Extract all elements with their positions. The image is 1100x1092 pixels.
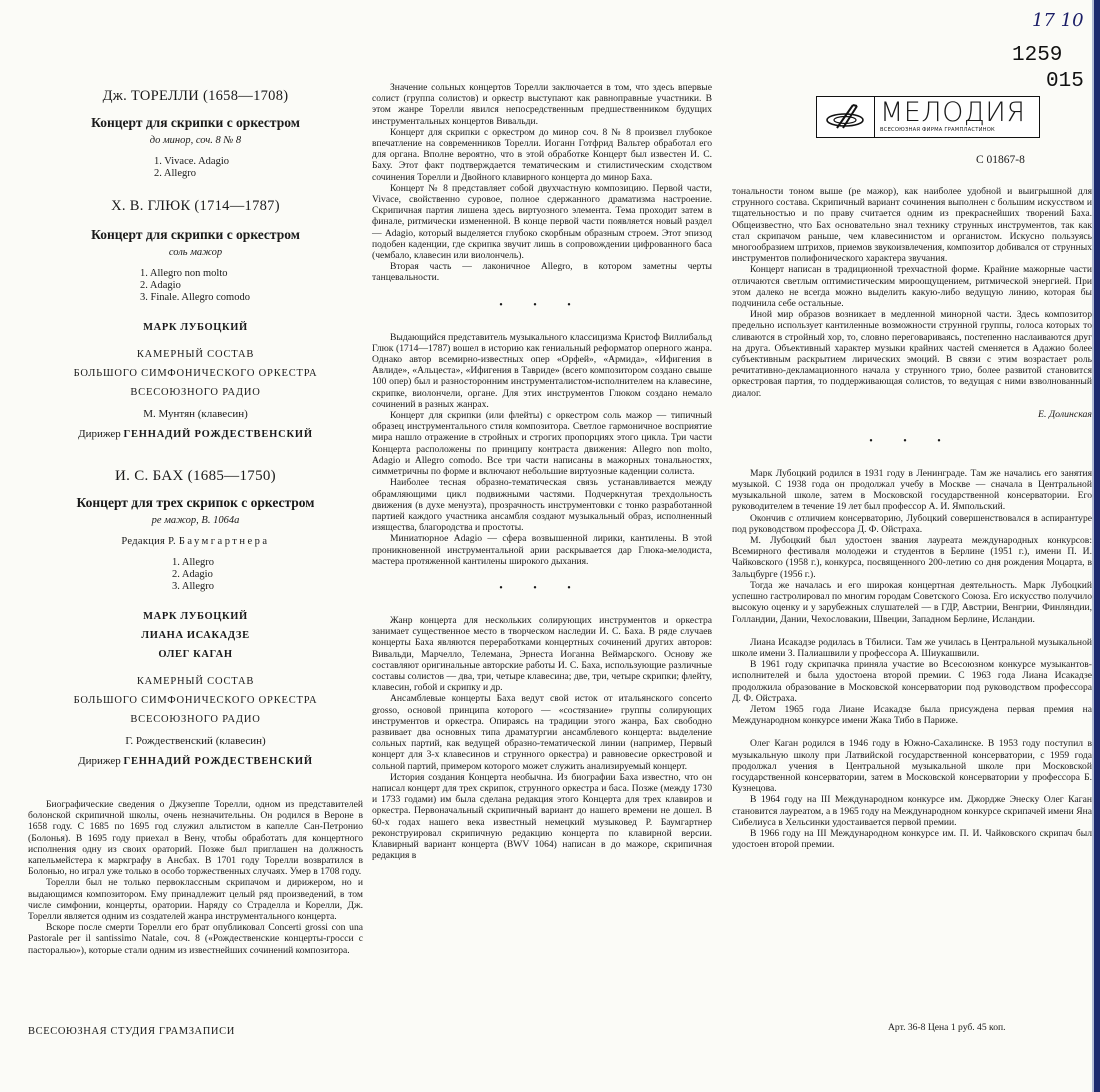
work-title: Концерт для трех скрипок с оркестром	[28, 495, 363, 511]
paragraph: В 1964 году на III Международном конкурс…	[732, 794, 1092, 828]
movement: 1. Allegro non molto	[140, 268, 363, 280]
editor-prefix: Редакция Р.	[121, 536, 175, 547]
paragraph: Вторая часть — лаконичное Allegro, в кот…	[372, 261, 712, 283]
price-label: Арт. 36-8 Цена 1 руб. 45 коп.	[888, 1022, 1006, 1033]
notes-column-right: тональности тоном выше (ре мажор), как н…	[732, 186, 1092, 850]
record-number: С 01867-8	[976, 154, 1025, 166]
melodiya-logo: МЕЛОДИЯ ВСЕСОЮЗНАЯ ФИРМА ГРАМПЛАСТИНОК	[816, 96, 1040, 138]
work-title: Концерт для скрипки с оркестром	[28, 115, 363, 131]
paragraph: Концерт для скрипки (или флейты) с оркес…	[372, 410, 712, 477]
orchestra-line: БОЛЬШОГО СИМФОНИЧЕСКОГО ОРКЕСТРА	[28, 364, 363, 383]
paragraph: Концерт для скрипки с оркестром до минор…	[372, 127, 712, 183]
paragraph: История создания Концерта необычна. Из б…	[372, 772, 712, 862]
section-separator: • • •	[732, 438, 1092, 446]
paragraph: Летом 1965 года Лиане Исакадзе была прис…	[732, 704, 1092, 726]
paragraph: М. Лубоцкий был удостоен звания лауреата…	[732, 535, 1092, 580]
movement-list: 1. Vivace. Adagio 2. Allegro	[154, 156, 363, 180]
movement: 1. Vivace. Adagio	[154, 156, 363, 168]
editor-credit: Редакция Р. Баумгартнера	[28, 536, 363, 547]
movement-list: 1. Allegro 2. Adagio 3. Allegro	[172, 557, 363, 593]
harpsichordist: Г. Рождественский (клавесин)	[28, 735, 363, 747]
paragraph: Биографические сведения о Джузеппе Торел…	[28, 799, 363, 877]
conductor-name: ГЕННАДИЙ РОЖДЕСТВЕНСКИЙ	[124, 756, 313, 767]
harpsichordist: М. Мунтян (клавесин)	[28, 408, 363, 420]
movement-list: 1. Allegro non molto 2. Adagio 3. Finale…	[140, 268, 363, 304]
stamp-number-line1: 1259	[1012, 44, 1062, 67]
orchestra-name: КАМЕРНЫЙ СОСТАВ БОЛЬШОГО СИМФОНИЧЕСКОГО …	[28, 672, 363, 729]
paragraph: Наиболее тесная образно-тематическая свя…	[372, 477, 712, 533]
paragraph: Концерт № 8 представляет собой двухчастн…	[372, 183, 712, 261]
paragraph: В 1966 году на III Международном конкурс…	[732, 828, 1092, 850]
movement: 3. Allegro	[172, 581, 363, 593]
movement: 1. Allegro	[172, 557, 363, 569]
orchestra-line: КАМЕРНЫЙ СОСТАВ	[28, 672, 363, 691]
paragraph: Олег Каган родился в 1946 году в Южно-Са…	[732, 738, 1092, 794]
paragraph: Жанр концерта для нескольких солирующих …	[372, 615, 712, 693]
orchestra-line: ВСЕСОЮЗНОГО РАДИО	[28, 710, 363, 729]
movement: 2. Adagio	[140, 280, 363, 292]
paragraph: тональности тоном выше (ре мажор), как н…	[732, 186, 1092, 264]
movement: 2. Allegro	[154, 168, 363, 180]
paragraph: Тогда же началась и его широкая концертн…	[732, 580, 1092, 625]
torelli-biography: Биографические сведения о Джузеппе Торел…	[28, 799, 363, 956]
paragraph: Концерт написан в традиционной трехчастн…	[732, 264, 1092, 309]
paragraph: Ансамблевые концерты Баха ведут свой ист…	[372, 693, 712, 771]
soloist-name: МАРК ЛУБОЦКИЙ	[28, 611, 363, 622]
paragraph: Марк Лубоцкий родился в 1931 году в Лени…	[732, 468, 1092, 513]
composer-name: Х. В. ГЛЮК (1714—1787)	[28, 198, 363, 215]
author-signature: Е. Долинская	[732, 409, 1092, 420]
paragraph: В 1961 году скрипачка приняла участие во…	[732, 659, 1092, 704]
work-key: до минор, соч. 8 № 8	[28, 135, 363, 146]
section-separator: • • •	[372, 585, 712, 593]
orchestra-line: ВСЕСОЮЗНОГО РАДИО	[28, 383, 363, 402]
work-key: соль мажор	[28, 247, 363, 258]
work-key: ре мажор, B. 1064a	[28, 515, 363, 526]
studio-credit: ВСЕСОЮЗНАЯ СТУДИЯ ГРАМЗАПИСИ	[28, 1026, 235, 1037]
bach-section: И. С. БАХ (1685—1750) Концерт для трех с…	[28, 468, 363, 767]
soloist-name: ОЛЕГ КАГАН	[28, 649, 363, 660]
paragraph: Выдающийся представитель музыкального кл…	[372, 332, 712, 410]
paragraph: Иной мир образов возникает в медленной м…	[732, 309, 1092, 399]
paragraph: Миниатюрное Adagio — сфера возвышенной л…	[372, 533, 712, 567]
paragraph: Окончив с отличием консерваторию, Лубоцк…	[732, 513, 1092, 535]
work-title: Концерт для скрипки с оркестром	[28, 227, 363, 243]
program-column: Дж. ТОРЕЛЛИ (1658—1708) Концерт для скри…	[28, 88, 363, 956]
handwritten-note: 17 10	[1032, 10, 1084, 31]
label-brand: МЕЛОДИЯ	[880, 100, 1035, 126]
conductor-name: ГЕННАДИЙ РОЖДЕСТВЕНСКИЙ	[124, 429, 313, 440]
orchestra-line: КАМЕРНЫЙ СОСТАВ	[28, 345, 363, 364]
composer-name: Дж. ТОРЕЛЛИ (1658—1708)	[28, 88, 363, 105]
soloist-name: ЛИАНА ИСАКАДЗЕ	[28, 630, 363, 641]
soloist-name: МАРК ЛУБОЦКИЙ	[28, 322, 363, 333]
paragraph: Лиана Исакадзе родилась в Тбилиси. Там ж…	[732, 637, 1092, 659]
editor-name: Баумгартнера	[179, 536, 270, 547]
sleeve-edge	[1094, 0, 1100, 1092]
stamp-number-line2: 015	[1046, 70, 1084, 93]
conductor-prefix: Дирижер	[78, 428, 121, 440]
conductor-prefix: Дирижер	[78, 755, 121, 767]
conductor-line: Дирижер ГЕННАДИЙ РОЖДЕСТВЕНСКИЙ	[28, 428, 363, 440]
gluck-section: Х. В. ГЛЮК (1714—1787) Концерт для скрип…	[28, 198, 363, 440]
conductor-line: Дирижер ГЕННАДИЙ РОЖДЕСТВЕНСКИЙ	[28, 755, 363, 767]
melodiya-emblem-icon	[817, 97, 875, 137]
torelli-section: Дж. ТОРЕЛЛИ (1658—1708) Концерт для скри…	[28, 88, 363, 180]
composer-name: И. С. БАХ (1685—1750)	[28, 468, 363, 485]
section-separator: • • •	[372, 302, 712, 310]
paragraph: Значение сольных концертов Торелли заклю…	[372, 82, 712, 127]
orchestra-line: БОЛЬШОГО СИМФОНИЧЕСКОГО ОРКЕСТРА	[28, 691, 363, 710]
sleeve-edge-shadow	[1092, 0, 1094, 1092]
paragraph: Торелли был не только первоклассным скри…	[28, 877, 363, 922]
orchestra-name: КАМЕРНЫЙ СОСТАВ БОЛЬШОГО СИМФОНИЧЕСКОГО …	[28, 345, 363, 402]
movement: 3. Finale. Allegro comodo	[140, 292, 363, 304]
paragraph: Вскоре после смерти Торелли его брат опу…	[28, 922, 363, 956]
notes-column-middle: Значение сольных концертов Торелли заклю…	[372, 82, 712, 861]
movement: 2. Adagio	[172, 569, 363, 581]
